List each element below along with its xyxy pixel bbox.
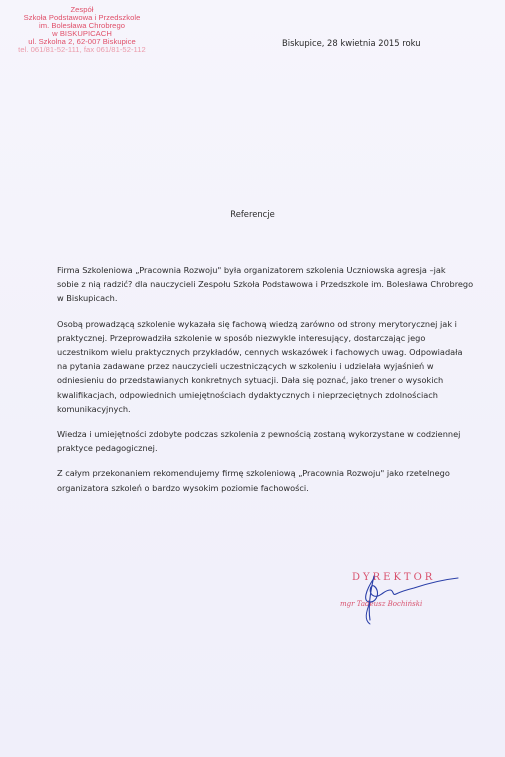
director-signature-block: DYREKTOR mgr Tadeusz Bochiński — [340, 568, 460, 628]
text-line: uczestnikom wielu praktycznych przykładó… — [57, 345, 477, 359]
paragraph-knowledge: Wiedza i umiejętności zdobyte podczas sz… — [57, 427, 477, 455]
text-line: praktyce pedagogicznej. — [57, 441, 477, 455]
text-line: w Biskupicach. — [57, 291, 477, 305]
text-line: organizatora szkoleń o bardzo wysokim po… — [57, 481, 477, 495]
text-line: praktycznej. Przeprowadziła szkolenie w … — [57, 331, 477, 345]
paragraph-intro: Firma Szkoleniowa „Pracownia Rozwoju" by… — [57, 263, 477, 306]
school-stamp: Zespół Szkoła Podstawowa i Przedszkole i… — [8, 6, 156, 55]
letter-date: Biskupice, 28 kwietnia 2015 roku — [282, 38, 421, 48]
handwritten-signature-icon — [340, 568, 460, 630]
paragraph-recommendation: Z całym przekonaniem rekomendujemy firmę… — [57, 466, 477, 494]
text-line: Wiedza i umiejętności zdobyte podczas sz… — [57, 427, 477, 441]
text-line: Z całym przekonaniem rekomendujemy firmę… — [57, 466, 477, 480]
stamp-line: tel. 061/81-52-111, fax 061/81-52-112 — [8, 46, 156, 54]
text-line: komunikacyjnych. — [57, 402, 477, 416]
letter-body: Firma Szkoleniowa „Pracownia Rozwoju" by… — [57, 263, 477, 506]
document-title: Referencje — [0, 209, 505, 219]
text-line: na pytania zadawane przez nauczycieli uc… — [57, 359, 477, 373]
text-line: Osobą prowadzącą szkolenie wykazała się … — [57, 317, 477, 331]
paragraph-trainer: Osobą prowadzącą szkolenie wykazała się … — [57, 317, 477, 416]
letter-page: Zespół Szkoła Podstawowa i Przedszkole i… — [0, 0, 505, 757]
text-line: Firma Szkoleniowa „Pracownia Rozwoju" by… — [57, 263, 477, 277]
text-line: kwalifikacjach, odpowiednich umiejętnośc… — [57, 388, 477, 402]
text-line: sobie z nią radzić? dla nauczycieli Zesp… — [57, 277, 477, 291]
text-line: odniesieniu do przedstawianych konkretny… — [57, 373, 477, 387]
